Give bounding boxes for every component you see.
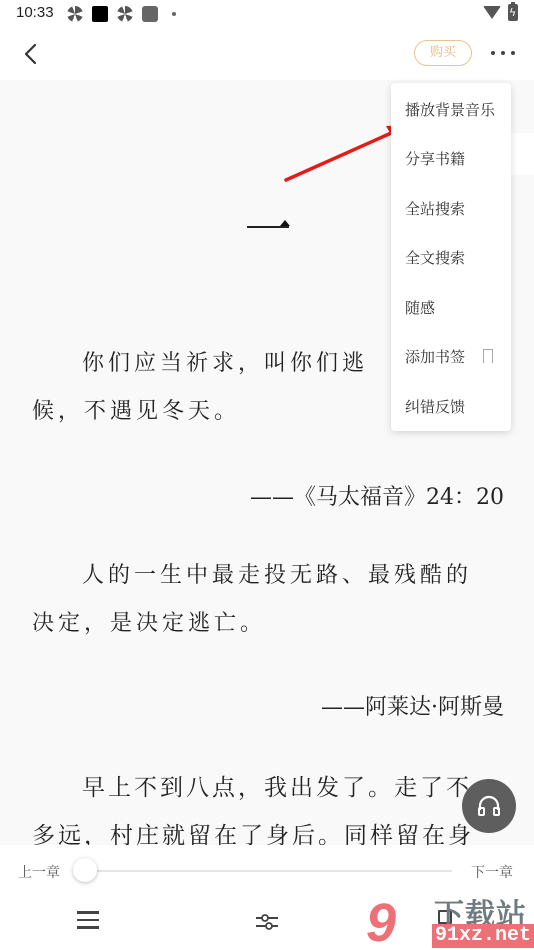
menu-item-play-bgm[interactable]: 播放背景音乐 bbox=[405, 97, 495, 121]
more-dot bbox=[491, 51, 495, 55]
battery-charging-icon bbox=[508, 4, 518, 21]
menu-item-share-book[interactable]: 分享书籍 bbox=[405, 146, 465, 170]
settings-button[interactable] bbox=[254, 911, 280, 933]
menu-icon-line bbox=[77, 919, 99, 922]
menu-icon-line bbox=[77, 926, 99, 929]
watermark-logo: 9 下载站 91xz.net bbox=[360, 888, 534, 950]
more-dot bbox=[501, 51, 505, 55]
menu-item-feedback[interactable]: 纠错反馈 bbox=[405, 394, 465, 418]
menu-item-notes[interactable]: 随感 bbox=[405, 295, 435, 319]
body-line: 早上不到八点，我出发了。走了不 bbox=[32, 764, 506, 812]
headphones-icon bbox=[476, 793, 502, 819]
grey-square-icon bbox=[142, 6, 158, 22]
slider-thumb[interactable] bbox=[73, 858, 97, 882]
toc-menu-button[interactable] bbox=[77, 911, 103, 933]
back-button[interactable] bbox=[18, 40, 46, 68]
buy-button[interactable]: 购买 bbox=[414, 40, 472, 66]
more-dot bbox=[511, 51, 515, 55]
menu-item-label: 分享书籍 bbox=[405, 148, 465, 169]
menu-item-label: 随感 bbox=[405, 297, 435, 318]
menu-item-label: 添加书签 bbox=[405, 346, 465, 367]
menu-icon bbox=[77, 911, 99, 914]
watermark-url: 91xz.net bbox=[432, 924, 534, 948]
prev-chapter-button[interactable]: 上一章 bbox=[18, 862, 60, 882]
paragraph-2: 人的一生中最走投无路、最残酷的 决定，是决定逃亡。 bbox=[32, 552, 506, 648]
menu-item-label: 全文搜索 bbox=[405, 247, 465, 268]
menu-item-label: 纠错反馈 bbox=[405, 396, 465, 417]
quote-source: ——阿莱达·阿斯曼 bbox=[321, 690, 504, 721]
watermark-number: 9 bbox=[366, 896, 396, 950]
chevron-left-icon bbox=[18, 40, 46, 68]
wifi-icon bbox=[483, 6, 501, 19]
black-square-icon bbox=[92, 6, 108, 22]
next-chapter-button[interactable]: 下一章 bbox=[471, 862, 513, 882]
chapter-title bbox=[247, 226, 289, 228]
dot-icon bbox=[172, 12, 176, 16]
popup-menu: 播放背景音乐 分享书籍 全站搜索 全文搜索 随感 添加书签 纠错反馈 bbox=[391, 83, 511, 431]
paragraph-line: 决定，是决定逃亡。 bbox=[32, 600, 506, 648]
bookmark-icon bbox=[483, 349, 493, 363]
body-line: 多远，村庄就留在了身后。同样留在身 bbox=[32, 812, 506, 845]
menu-item-site-search[interactable]: 全站搜索 bbox=[405, 196, 465, 220]
chapter-title-mark bbox=[280, 220, 290, 226]
settings-sliders-icon bbox=[254, 911, 280, 933]
aperture-icon bbox=[117, 6, 133, 22]
quote-source: ——《马太福音》24：20 bbox=[250, 480, 504, 511]
status-bar: 10:33 bbox=[0, 0, 534, 28]
chapter-progress-slider[interactable] bbox=[84, 870, 452, 872]
audio-fab-button[interactable] bbox=[462, 779, 516, 833]
more-button[interactable] bbox=[488, 42, 518, 64]
menu-item-label: 播放背景音乐 bbox=[405, 99, 495, 120]
menu-item-add-bookmark[interactable]: 添加书签 bbox=[405, 344, 493, 368]
aperture-icon bbox=[67, 6, 83, 22]
paragraph-line: 人的一生中最走投无路、最残酷的 bbox=[32, 552, 506, 600]
top-bar: 购买 bbox=[0, 28, 534, 80]
menu-item-label: 全站搜索 bbox=[405, 198, 465, 219]
body-text: 早上不到八点，我出发了。走了不 多远，村庄就留在了身后。同样留在身 bbox=[32, 764, 506, 845]
status-time: 10:33 bbox=[16, 4, 54, 21]
menu-item-fulltext-search[interactable]: 全文搜索 bbox=[405, 245, 465, 269]
